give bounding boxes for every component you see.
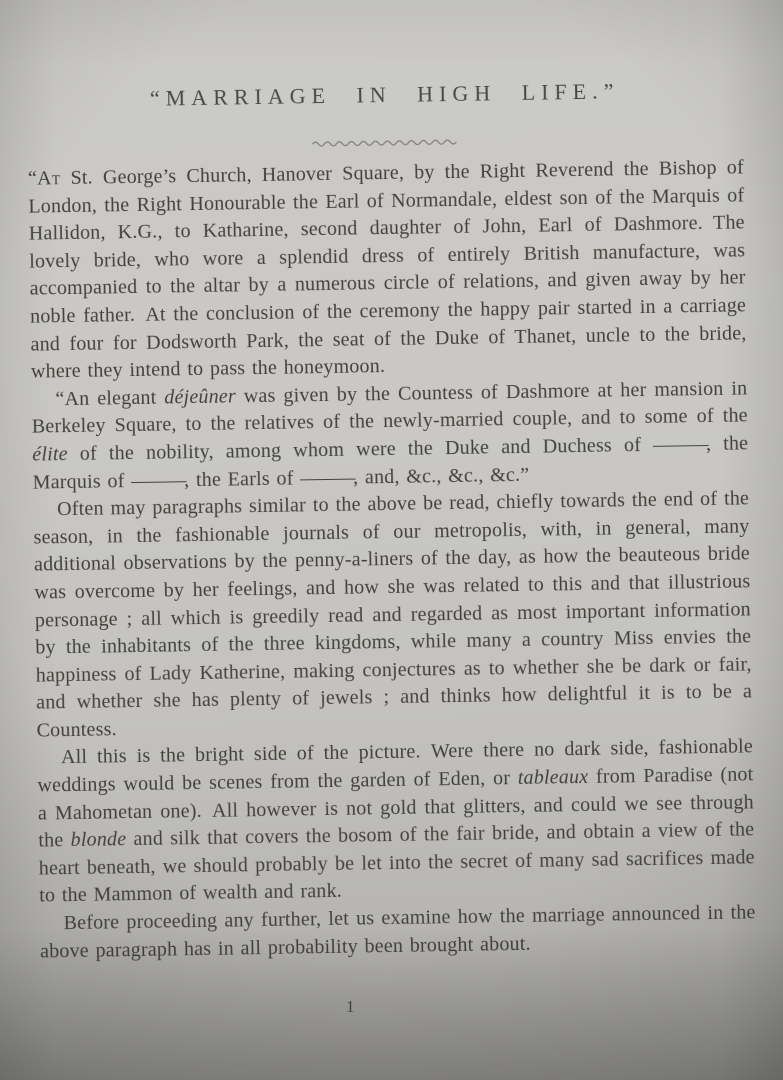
text-run: St. George’s Church, Hanover Square, by … xyxy=(28,156,746,382)
text-run: “A xyxy=(28,167,52,189)
paragraph: Often may paragraphs similar to the abov… xyxy=(33,485,753,745)
redacted-name-dash: ——— xyxy=(131,469,184,492)
wavy-divider xyxy=(27,128,743,149)
text-run: Before proceeding any further, let us ex… xyxy=(40,901,756,962)
text-run: , and, &c., &c., &c.” xyxy=(353,463,530,488)
redacted-name-dash: ——— xyxy=(653,433,706,456)
text-run: and silk that covers the bosom of the fa… xyxy=(39,819,755,907)
text-run: Often may paragraphs similar to the abov… xyxy=(33,487,752,741)
italic-text: élite xyxy=(32,443,68,466)
italic-text: blonde xyxy=(70,828,126,851)
page-number: 1 xyxy=(346,997,355,1017)
text-run: , the Earls of xyxy=(184,467,301,491)
text-run: “An elegant xyxy=(55,386,164,410)
paragraph: Before proceeding any further, let us ex… xyxy=(39,899,756,965)
page-title: “MARRIAGE IN HIGH LIFE.” xyxy=(27,76,743,113)
text-run: t xyxy=(52,167,61,189)
italic-text: tableaux xyxy=(518,766,589,789)
italic-text: déjeûner xyxy=(164,385,236,408)
book-page-photo: “MARRIAGE IN HIGH LIFE.” “At St. George’… xyxy=(0,0,783,1080)
page-content: “MARRIAGE IN HIGH LIFE.” “At St. George’… xyxy=(27,76,757,965)
paragraph: All this is the bright side of the pictu… xyxy=(37,734,756,911)
text-run: of the nobility, among whom were the Duk… xyxy=(68,434,654,465)
redacted-name-dash: ——— xyxy=(300,466,353,489)
paragraph: “At St. George’s Church, Hanover Square,… xyxy=(28,154,747,386)
paragraph: “An elegant déjeûner was given by the Co… xyxy=(31,375,749,497)
body-text: “At St. George’s Church, Hanover Square,… xyxy=(28,154,756,965)
wavy-rule-icon xyxy=(310,136,460,148)
